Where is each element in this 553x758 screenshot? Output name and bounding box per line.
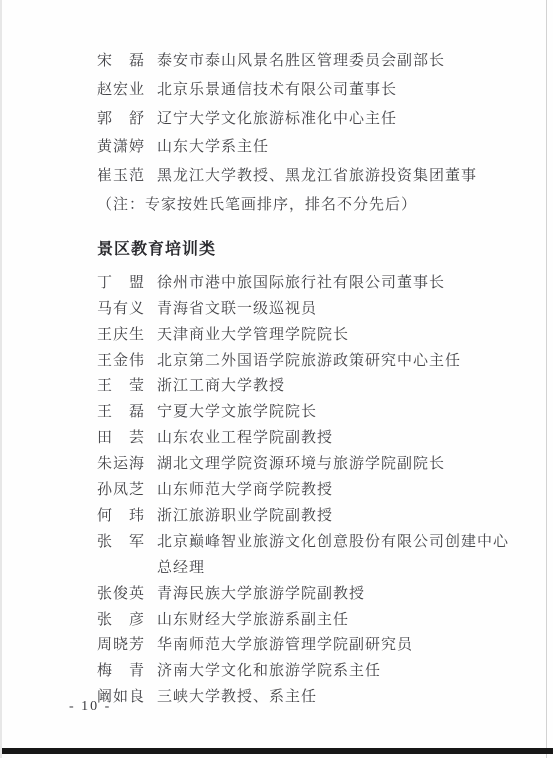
expert-name: 张 军 [97,530,145,556]
expert-row: 朱运海 湖北文理学院资源环境与旅游学院副院长 [97,452,517,478]
expert-row: 马有义 青海省文联一级巡视员 [97,297,517,323]
expert-title: 宁夏大学文旅学院院长 [145,400,517,426]
scan-edge-artifact [2,748,553,754]
expert-row: 王庆生 天津商业大学管理学院院长 [97,323,517,349]
expert-title: 山东师范大学商学院教授 [145,478,517,504]
expert-title: 北京第二外国语学院旅游政策研究中心主任 [145,349,517,375]
expert-row: 王金伟 北京第二外国语学院旅游政策研究中心主任 [97,349,517,375]
expert-title: 北京巅峰智业旅游文化创意股份有限公司创建中心总经理 [145,530,517,582]
expert-title: 浙江工商大学教授 [145,374,517,400]
expert-list-section-2: 景区教育培训类 丁 盟 徐州市港中旅国际旅行社有限公司董事长 马有义 青海省文联… [97,238,517,711]
expert-row: 张 彦 山东财经大学旅游系副主任 [97,608,517,634]
expert-title: 徐州市港中旅国际旅行社有限公司董事长 [145,271,517,297]
expert-name: 周晓芳 [97,633,145,659]
expert-name: 张 彦 [97,608,145,634]
expert-row: 赵宏业 北京乐景通信技术有限公司董事长 [97,76,517,105]
expert-row: 黄潇婷 山东大学系主任 [97,133,517,162]
sorting-note: （注：专家按姓氏笔画排序，排名不分先后） [97,191,517,220]
expert-name: 张俊英 [97,582,145,608]
expert-title: 济南大学文化和旅游学院系主任 [145,659,517,685]
expert-name: 朱运海 [97,452,145,478]
expert-row: 田 芸 山东农业工程学院副教授 [97,426,517,452]
expert-title: 湖北文理学院资源环境与旅游学院副院长 [145,452,517,478]
expert-row: 崔玉范 黑龙江大学教授、黑龙江省旅游投资集团董事 [97,162,517,191]
expert-name: 宋 磊 [97,47,145,76]
expert-row: 宋 磊 泰安市泰山风景名胜区管理委员会副部长 [97,47,517,76]
expert-name: 何 玮 [97,504,145,530]
expert-name: 郭 舒 [97,105,145,134]
expert-row: 丁 盟 徐州市港中旅国际旅行社有限公司董事长 [97,271,517,297]
expert-list-section-1: 宋 磊 泰安市泰山风景名胜区管理委员会副部长 赵宏业 北京乐景通信技术有限公司董… [97,47,517,220]
expert-row: 郭 舒 辽宁大学文化旅游标准化中心主任 [97,105,517,134]
expert-row: 梅 青 济南大学文化和旅游学院系主任 [97,659,517,685]
page-right-edge-line [546,0,547,758]
expert-name: 孙凤芝 [97,478,145,504]
expert-title: 青海省文联一级巡视员 [145,297,517,323]
expert-name: 王庆生 [97,323,145,349]
expert-title: 山东农业工程学院副教授 [145,426,517,452]
expert-name: 马有义 [97,297,145,323]
page-number: - 10 - [69,699,111,715]
expert-title: 山东大学系主任 [145,133,517,162]
scanned-document-page: 宋 磊 泰安市泰山风景名胜区管理委员会副部长 赵宏业 北京乐景通信技术有限公司董… [0,0,553,758]
expert-title: 三峡大学教授、系主任 [145,685,517,711]
expert-title: 北京乐景通信技术有限公司董事长 [145,76,517,105]
expert-title: 山东财经大学旅游系副主任 [145,608,517,634]
expert-name: 田 芸 [97,426,145,452]
expert-name: 赵宏业 [97,76,145,105]
expert-name: 崔玉范 [97,162,145,191]
expert-name: 丁 盟 [97,271,145,297]
expert-row: 周晓芳 华南师范大学旅游管理学院副研究员 [97,633,517,659]
page-content: 宋 磊 泰安市泰山风景名胜区管理委员会副部长 赵宏业 北京乐景通信技术有限公司董… [97,47,517,711]
expert-row: 张 军 北京巅峰智业旅游文化创意股份有限公司创建中心总经理 [97,530,517,582]
expert-row: 阚如良 三峡大学教授、系主任 [97,685,517,711]
expert-title: 天津商业大学管理学院院长 [145,323,517,349]
expert-name: 梅 青 [97,659,145,685]
expert-title: 黑龙江大学教授、黑龙江省旅游投资集团董事 [145,162,517,191]
expert-title: 华南师范大学旅游管理学院副研究员 [145,633,517,659]
expert-name: 王 磊 [97,400,145,426]
expert-title: 浙江旅游职业学院副教授 [145,504,517,530]
expert-name: 黄潇婷 [97,133,145,162]
expert-title: 辽宁大学文化旅游标准化中心主任 [145,105,517,134]
expert-row: 王 莹 浙江工商大学教授 [97,374,517,400]
expert-title: 青海民族大学旅游学院副教授 [145,582,517,608]
expert-row: 张俊英 青海民族大学旅游学院副教授 [97,582,517,608]
expert-row: 孙凤芝 山东师范大学商学院教授 [97,478,517,504]
expert-row: 何 玮 浙江旅游职业学院副教授 [97,504,517,530]
expert-name: 王金伟 [97,349,145,375]
expert-title: 泰安市泰山风景名胜区管理委员会副部长 [145,47,517,76]
section-heading: 景区教育培训类 [97,238,517,262]
expert-name: 王 莹 [97,374,145,400]
expert-row: 王 磊 宁夏大学文旅学院院长 [97,400,517,426]
